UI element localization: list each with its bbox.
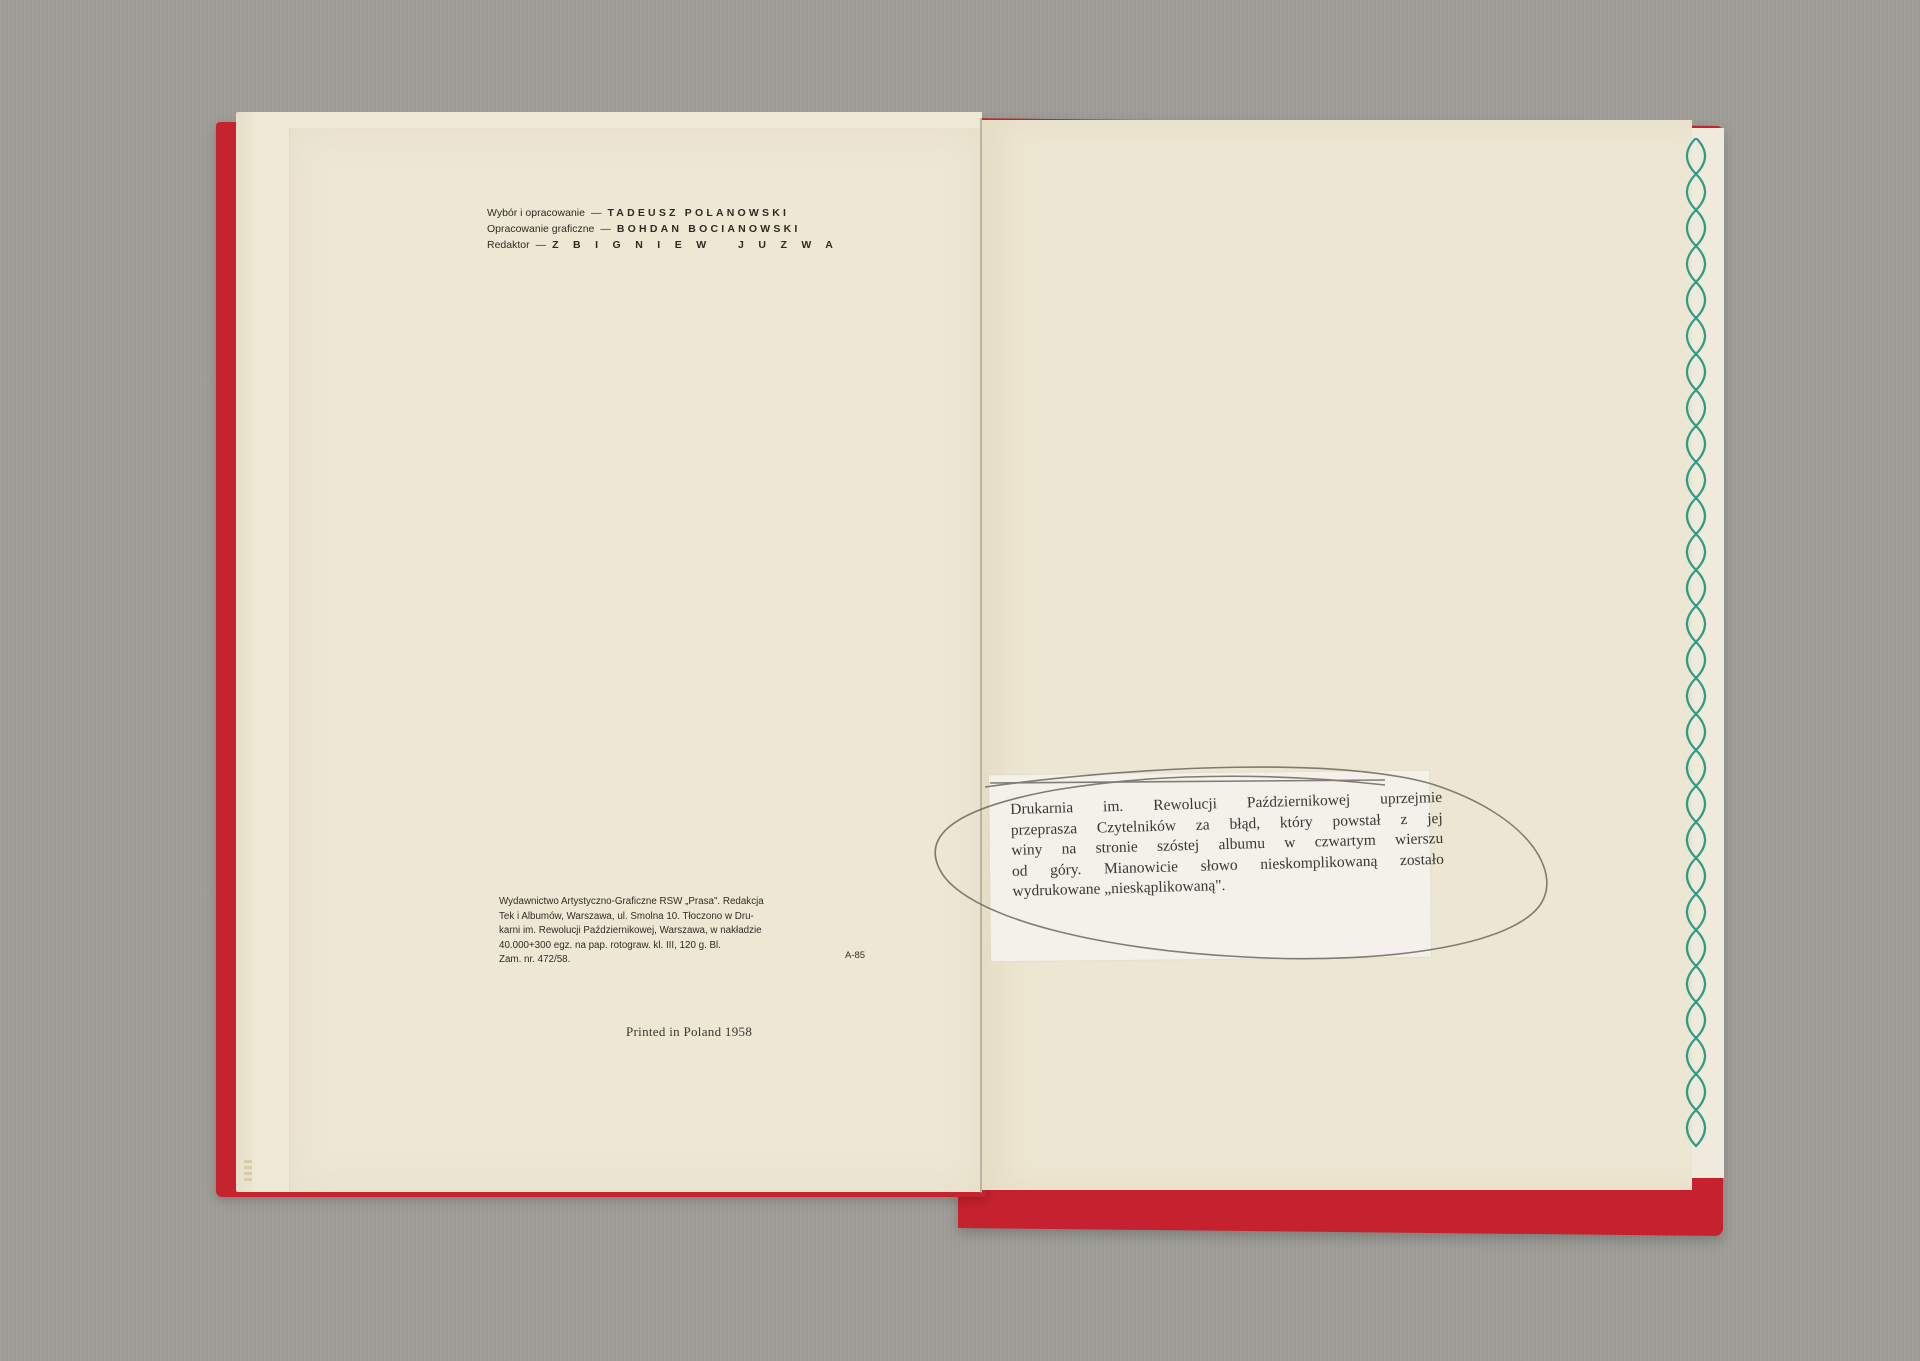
imprint-line: Wydawnictwo Artystyczno-Graficzne RSW „P… — [499, 895, 871, 910]
teal-stitching-icon — [1678, 138, 1714, 1178]
credit-label: Opracowanie graficzne — [487, 221, 594, 237]
printed-in-poland: Printed in Poland 1958 — [626, 1024, 752, 1040]
imprint-line: karni im. Rewolucji Październikowej, War… — [499, 924, 871, 939]
credit-label: Wybór i opracowanie — [487, 205, 585, 221]
credit-row: Redaktor — ZBIGNIEW JUZWA — [487, 237, 867, 253]
book-gutter — [980, 118, 982, 1193]
credit-label: Redaktor — [487, 237, 530, 253]
credit-dash: — — [600, 221, 611, 237]
pencil-circle-icon — [915, 745, 1565, 975]
credit-name: ZBIGNIEW JUZWA — [552, 237, 847, 253]
credits-block: Wybór i opracowanie — TADEUSZ POLANOWSKI… — [487, 205, 867, 253]
imprint-line: Zam. nr. 472/58. — [499, 953, 871, 968]
credit-name: TADEUSZ POLANOWSKI — [607, 205, 789, 221]
imprint-code: A-85 — [845, 950, 865, 961]
imprint-line: Tek i Albumów, Warszawa, ul. Smolna 10. … — [499, 910, 871, 925]
credit-row: Wybór i opracowanie — TADEUSZ POLANOWSKI — [487, 205, 867, 221]
imprint-block: Wydawnictwo Artystyczno-Graficzne RSW „P… — [499, 895, 871, 968]
credit-dash: — — [591, 205, 602, 221]
imprint-line: 40.000+300 egz. na pap. rotograw. kl. II… — [499, 939, 871, 954]
credit-dash: — — [536, 237, 547, 253]
right-page — [982, 120, 1692, 1190]
credit-row: Opracowanie graficzne — BOHDAN BOCIANOWS… — [487, 221, 867, 237]
credit-name: BOHDAN BOCIANOWSKI — [617, 221, 801, 237]
